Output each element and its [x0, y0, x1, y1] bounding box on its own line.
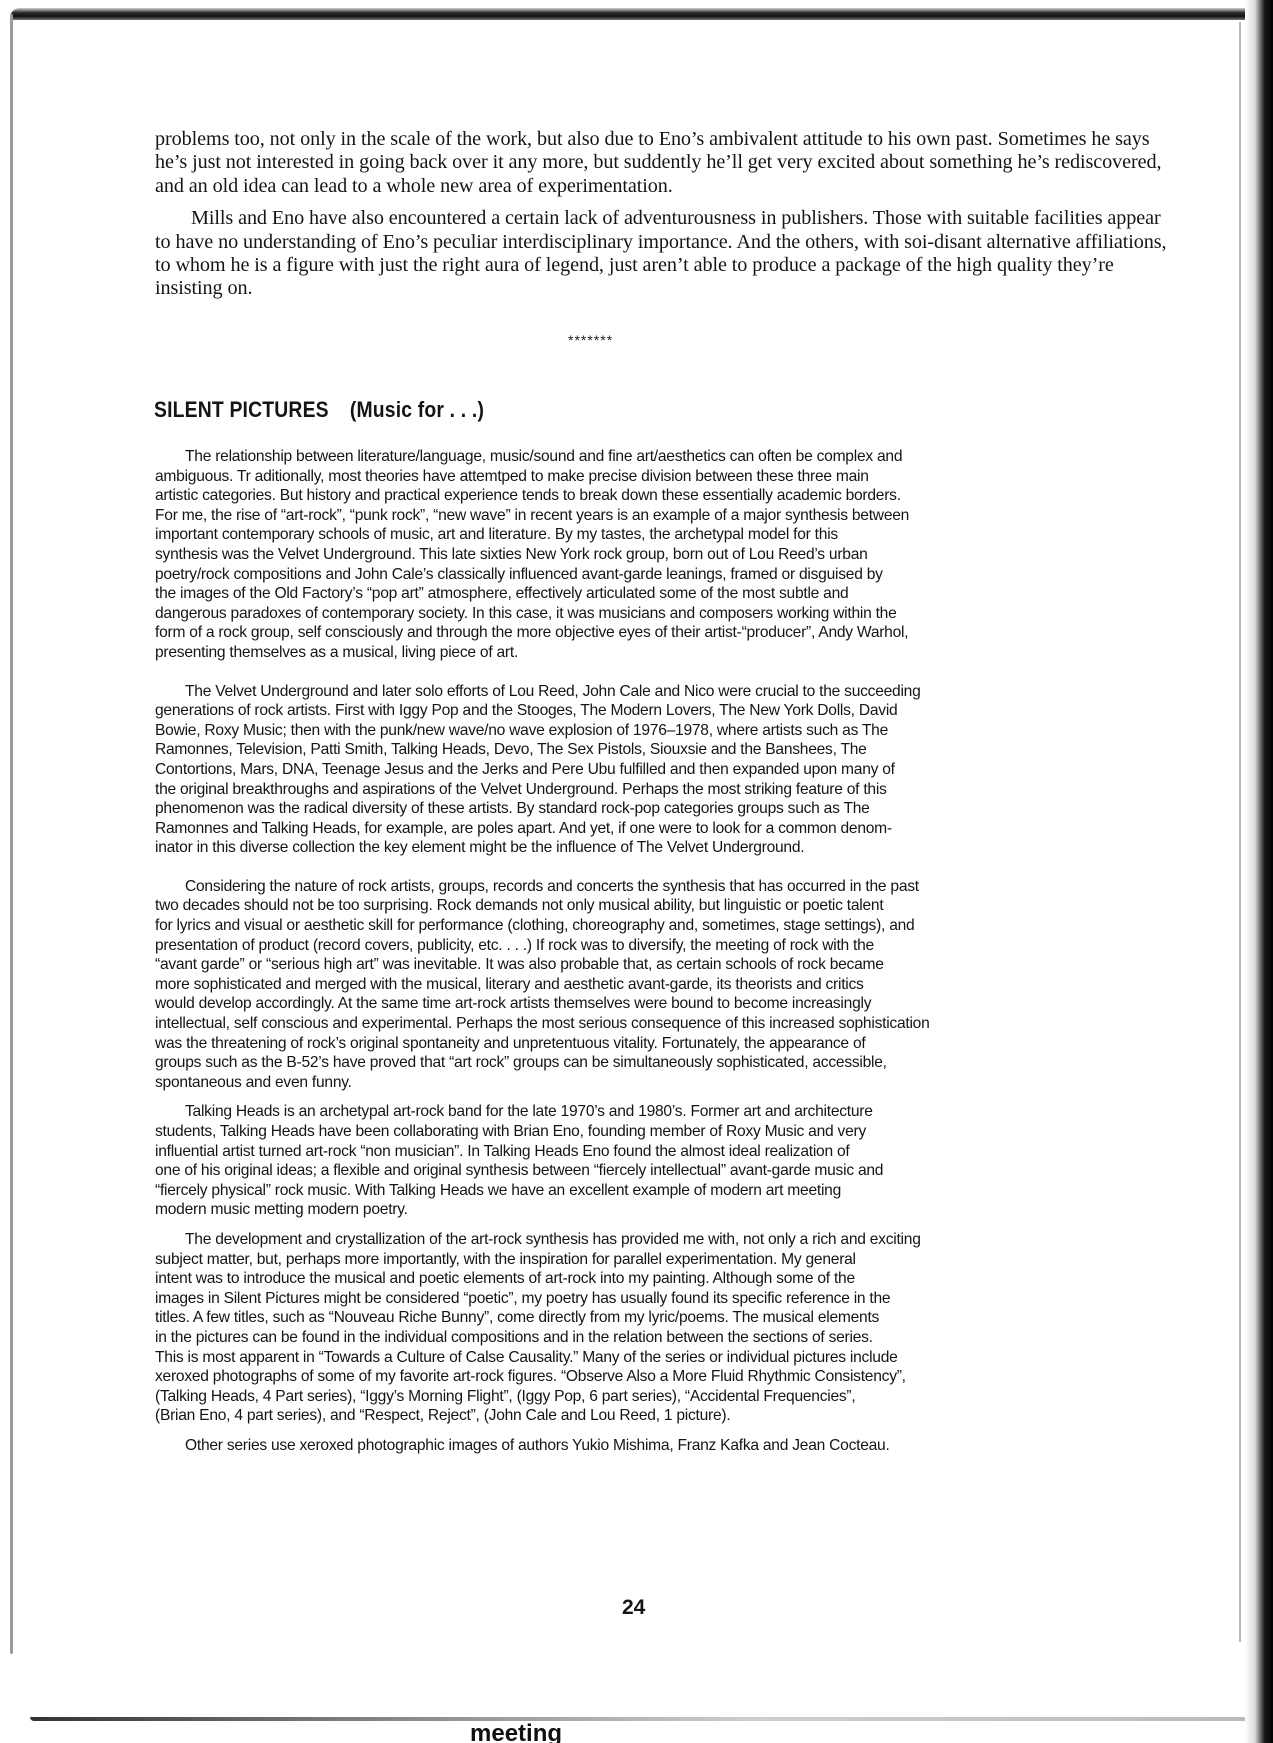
- section-subtitle: (Music for . . .): [350, 397, 484, 422]
- bleed-through-text: meeting: [470, 1722, 562, 1743]
- body-paragraph-2: The Velvet Underground and later solo ef…: [155, 682, 1185, 858]
- body-paragraph-6: Other series use xeroxed photographic im…: [155, 1436, 1185, 1456]
- text-line: important contemporary schools of music,…: [155, 525, 1185, 545]
- text-line: artistic categories. But history and pra…: [155, 486, 1185, 506]
- text-line: more sophisticated and merged with the m…: [155, 975, 1185, 995]
- text-line: the original breakthroughs and aspiratio…: [155, 780, 1185, 800]
- text-line: Contortions, Mars, DNA, Teenage Jesus an…: [155, 760, 1185, 780]
- text-line: xeroxed photographs of some of my favori…: [155, 1367, 1185, 1387]
- text-line: phenomenon was the radical diversity of …: [155, 799, 1185, 819]
- text-line: in the pictures can be found in the indi…: [155, 1328, 1185, 1348]
- text-line: The relationship between literature/lang…: [155, 447, 1185, 467]
- text-line: inator in this diverse collection the ke…: [155, 838, 1185, 858]
- text-line: Other series use xeroxed photographic im…: [155, 1436, 1185, 1456]
- text-line: was the threatening of rock’s original s…: [155, 1034, 1185, 1054]
- text-line: modern music metting modern poetry.: [155, 1200, 1185, 1220]
- text-line: Considering the nature of rock artists, …: [155, 877, 1185, 897]
- text-line: problems too, not only in the scale of t…: [155, 128, 911, 150]
- section-title: SILENT PICTURES: [154, 397, 329, 422]
- text-line: presentation of product (record covers, …: [155, 936, 1185, 956]
- body-text-block: The relationship between literature/lang…: [155, 447, 1185, 1466]
- text-line: would develop accordingly. At the same t…: [155, 994, 1185, 1014]
- text-line: of experimentation.: [517, 175, 673, 197]
- text-line: spontaneous and even funny.: [155, 1073, 1185, 1093]
- text-line: for lyrics and visual or aesthetic skill…: [155, 916, 1185, 936]
- text-line: subject matter, but, perhaps more import…: [155, 1250, 1185, 1270]
- text-line: synthesis was the Velvet Underground. Th…: [155, 545, 1185, 565]
- text-line: Ramonnes and Talking Heads, for example,…: [155, 819, 1185, 839]
- intro-paragraph-1: problems too, not only in the scale of t…: [155, 128, 1175, 198]
- section-heading: SILENT PICTURES(Music for . . .): [154, 397, 484, 423]
- text-line: Talking Heads is an archetypal art-rock …: [155, 1102, 1185, 1122]
- document-page: problems too, not only in the scale of t…: [0, 0, 1273, 1743]
- text-line: This is most apparent in “Towards a Cult…: [155, 1348, 1185, 1368]
- text-line: Bowie, Roxy Music; then with the punk/ne…: [155, 721, 1185, 741]
- text-line: generations of rock artists. First with …: [155, 701, 1185, 721]
- text-line: groups such as the B-52’s have proved th…: [155, 1053, 1185, 1073]
- text-line: intent was to introduce the musical and …: [155, 1269, 1185, 1289]
- intro-paragraph-2: Mills and Eno have also encountered a ce…: [155, 207, 1175, 301]
- text-line: dangerous paradoxes of contemporary soci…: [155, 604, 1185, 624]
- text-line: presenting themselves as a musical, livi…: [155, 643, 1185, 663]
- text-line: Ramonnes, Television, Patti Smith, Talki…: [155, 740, 1185, 760]
- text-line: ambiguous. Tr aditionally, most theories…: [155, 467, 1185, 487]
- text-line: Mills and Eno have also encountered a ce…: [191, 207, 922, 229]
- text-line: poetry/rock compositions and John Cale’s…: [155, 565, 1185, 585]
- text-line: (Talking Heads, 4 Part series), “Iggy’s …: [155, 1387, 1185, 1407]
- text-line: two decades should not be too surprising…: [155, 896, 1185, 916]
- text-line: intellectual, self conscious and experim…: [155, 1014, 1185, 1034]
- body-paragraph-3: Considering the nature of rock artists, …: [155, 877, 1185, 1093]
- text-line: “avant garde” or “serious high art” was …: [155, 955, 1185, 975]
- intro-text-block: problems too, not only in the scale of t…: [155, 128, 1175, 310]
- text-line: form of a rock group, self consciously a…: [155, 623, 1185, 643]
- text-line: “fiercely physical” rock music. With Tal…: [155, 1181, 1185, 1201]
- text-line: influential artist turned art-rock “non …: [155, 1142, 1185, 1162]
- text-line: one of his original ideas; a flexible an…: [155, 1161, 1185, 1181]
- section-separator: *******: [568, 332, 613, 348]
- text-line: For me, the rise of “art-rock”, “punk ro…: [155, 506, 1185, 526]
- text-line: titles. A few titles, such as “Nouveau R…: [155, 1308, 1185, 1328]
- body-paragraph-5: The development and crystallization of t…: [155, 1230, 1185, 1426]
- text-line: images in Silent Pictures might be consi…: [155, 1289, 1185, 1309]
- body-paragraph-4: Talking Heads is an archetypal art-rock …: [155, 1102, 1185, 1220]
- text-line: (Brian Eno, 4 part series), and “Respect…: [155, 1406, 1185, 1426]
- text-line: The development and crystallization of t…: [155, 1230, 1185, 1250]
- text-line: the images of the Old Factory’s “pop art…: [155, 584, 1185, 604]
- text-line: students, Talking Heads have been collab…: [155, 1122, 1185, 1142]
- body-paragraph-1: The relationship between literature/lang…: [155, 447, 1185, 663]
- text-line: The Velvet Underground and later solo ef…: [155, 682, 1185, 702]
- page-number: 24: [622, 1596, 645, 1620]
